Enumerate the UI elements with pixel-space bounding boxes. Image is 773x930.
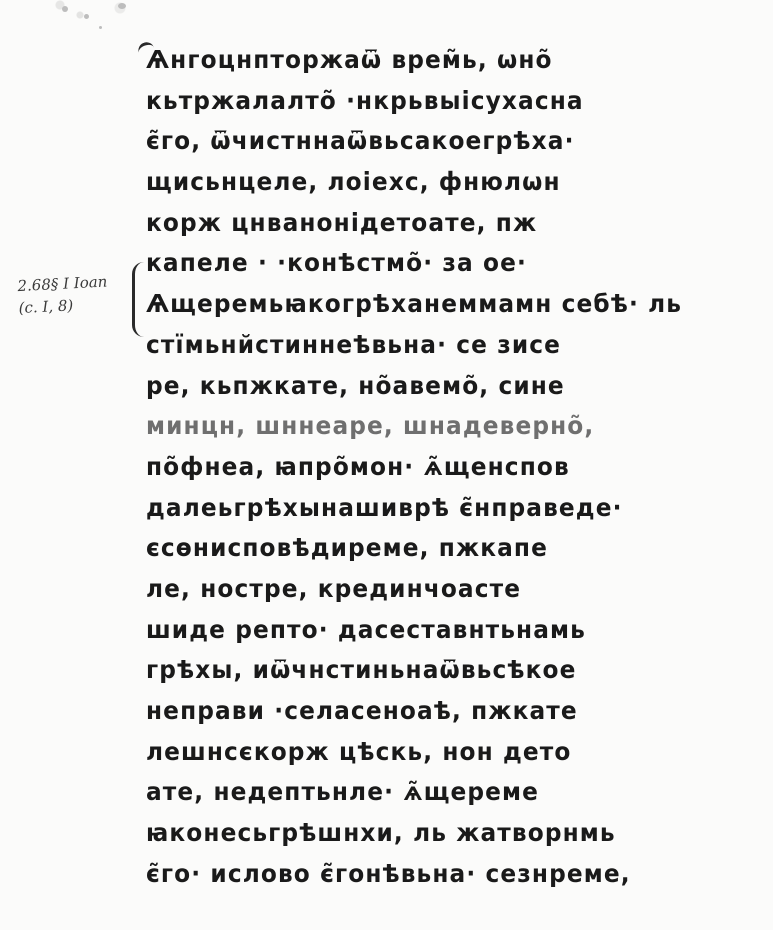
manuscript-line-8: стїмьнйстиннеѣвьна· се зисе bbox=[146, 325, 704, 366]
manuscript-line-12: далеьгрѣхынашиврѣ є̃нправеде· bbox=[146, 488, 704, 529]
manuscript-line-20: ꙗконесьгрѣшнхи, ль жатворнмь bbox=[146, 813, 704, 854]
manuscript-line-18: лешнсєкорж цѣскь, нон детo bbox=[146, 732, 704, 773]
paper-speck bbox=[84, 14, 89, 19]
paper-speck bbox=[99, 26, 102, 29]
manuscript-line-7: Ѧщеремьꙗкогрѣханеммамн себѣ· ль bbox=[146, 284, 704, 325]
manuscript-line-15: шиде рептo· дасеставнтьнамь bbox=[146, 610, 704, 651]
manuscript-line-13: єсѳнисповѣдиреме, пжкапе bbox=[146, 528, 704, 569]
manuscript-line-6: капеле · ·конѣстмо̃· за ое· bbox=[146, 243, 704, 284]
manuscript-line-21: є̃го· ислово є̃гонѣвьна· сезнреме, bbox=[146, 854, 704, 895]
manuscript-line-10: минцн, шннеаре, шнадеверно̃, bbox=[146, 406, 704, 447]
paper-speck bbox=[62, 6, 68, 12]
manuscript-line-3: є̃го, ѿчистннаѿвьсакоегрѣха· bbox=[146, 121, 704, 162]
manuscript-line-14: ле, ностре, крединчоасте bbox=[146, 569, 704, 610]
manuscript-line-5: корж цнванонідетоате, пж bbox=[146, 203, 704, 244]
margin-annotation: 2.68§ I Ioan (c. I, 8) bbox=[17, 269, 139, 319]
manuscript-line-17: неправи ·селасенoаѣ, пжкате bbox=[146, 691, 704, 732]
manuscript-line-4: щисьнцеле, лоіехс, фнюлѡн bbox=[146, 162, 704, 203]
manuscript-text-block: Ѧнгоцнпторжаѿ врем̃ь, ѡно̃ кьтржалалто̃ … bbox=[146, 40, 746, 894]
manuscript-line-11: по̃фнеа, ꙗпро̃мон· ѧ̃щенспов bbox=[146, 447, 704, 488]
manuscript-line-19: ате, недептьнле· ѧ̃щереме bbox=[146, 772, 704, 813]
manuscript-line-9: ре, кьпжкате, но̃авемо̃, сине bbox=[146, 366, 704, 407]
manuscript-line-16: грѣхы, иѿчнстиньнаѿвьсѣкое bbox=[146, 650, 704, 691]
manuscript-line-2: кьтржалалто̃ ·нкрьвыісухасна bbox=[146, 81, 704, 122]
manuscript-page: 2.68§ I Ioan (c. I, 8) Ѧнгоцнпторжаѿ вре… bbox=[0, 0, 773, 930]
manuscript-line-1: Ѧнгоцнпторжаѿ врем̃ь, ѡно̃ bbox=[146, 40, 704, 81]
paper-speck bbox=[118, 3, 126, 9]
